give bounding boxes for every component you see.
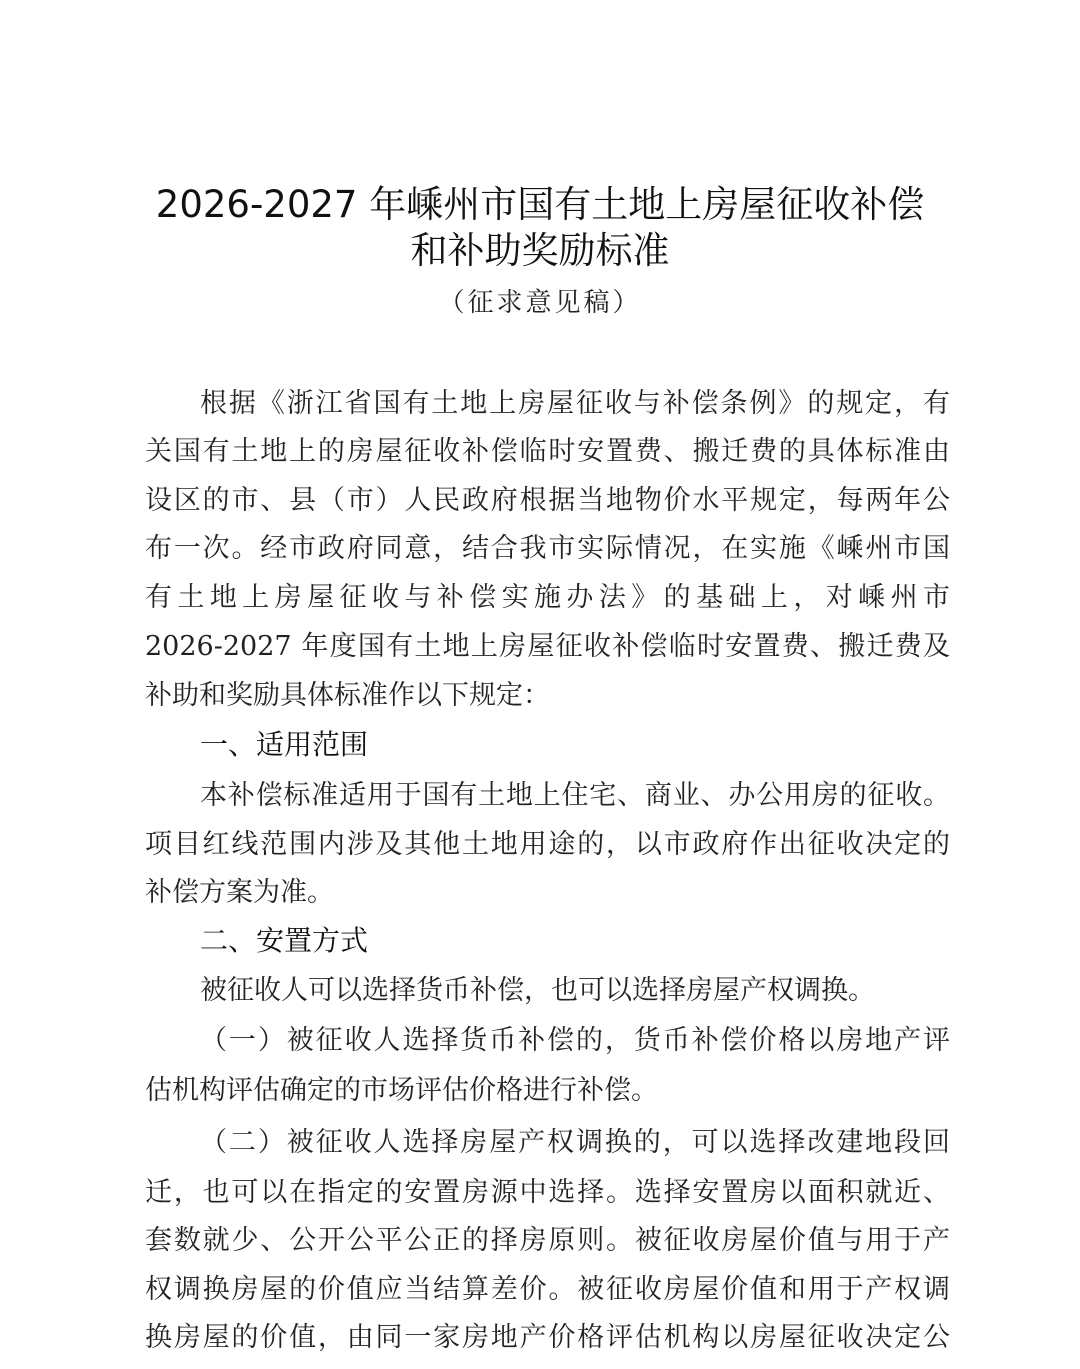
document-title-line-1: 2026-2027 年嵊州市国有土地上房屋征收补偿 [0, 182, 1080, 228]
document-title-line-2: 和补助奖励标准 [0, 228, 1080, 274]
body-line: 套数就少、公开公平公正的择房原则。被征收房屋价值与用于产 [145, 1217, 950, 1265]
section-heading-resettlement: 二、安置方式 [200, 917, 368, 965]
body-line: 被征收人可以选择货币补偿，也可以选择房屋产权调换。 [200, 967, 950, 1015]
body-line: 换房屋的价值，由同一家房地产价格评估机构以房屋征收决定公 [145, 1314, 950, 1362]
body-line: 权调换房屋的价值应当结算差价。被征收房屋价值和用于产权调 [145, 1266, 950, 1314]
intro-line: 设区的市、县（市）人民政府根据当地物价水平规定，每两年公 [145, 477, 950, 525]
intro-line: 2026-2027 年度国有土地上房屋征收补偿临时安置费、搬迁费及 [145, 623, 950, 671]
intro-line: 布一次。经市政府同意，结合我市实际情况，在实施《嵊州市国 [145, 525, 950, 573]
document-subtitle: （征求意见稿） [0, 286, 1080, 320]
body-line: 估机构评估确定的市场评估价格进行补偿。 [145, 1067, 950, 1115]
intro-line: 根据《浙江省国有土地上房屋征收与补偿条例》的规定，有 [200, 380, 950, 428]
body-line: （二）被征收人选择房屋产权调换的，可以选择改建地段回 [200, 1119, 950, 1167]
body-line: 本补偿标准适用于国有土地上住宅、商业、办公用房的征收。 [200, 772, 950, 820]
section-heading-scope: 一、适用范围 [200, 721, 368, 769]
body-line: （一）被征收人选择货币补偿的，货币补偿价格以房地产评 [200, 1017, 950, 1065]
body-line: 项目红线范围内涉及其他土地用途的，以市政府作出征收决定的 [145, 821, 950, 869]
intro-line: 关国有土地上的房屋征收补偿临时安置费、搬迁费的具体标准由 [145, 428, 950, 476]
body-line: 迁，也可以在指定的安置房源中选择。选择安置房以面积就近、 [145, 1169, 950, 1217]
intro-line: 补助和奖励具体标准作以下规定： [145, 672, 950, 720]
body-line: 补偿方案为准。 [145, 869, 950, 917]
intro-line: 有土地上房屋征收与补偿实施办法》的基础上，对嵊州市 [145, 574, 950, 622]
